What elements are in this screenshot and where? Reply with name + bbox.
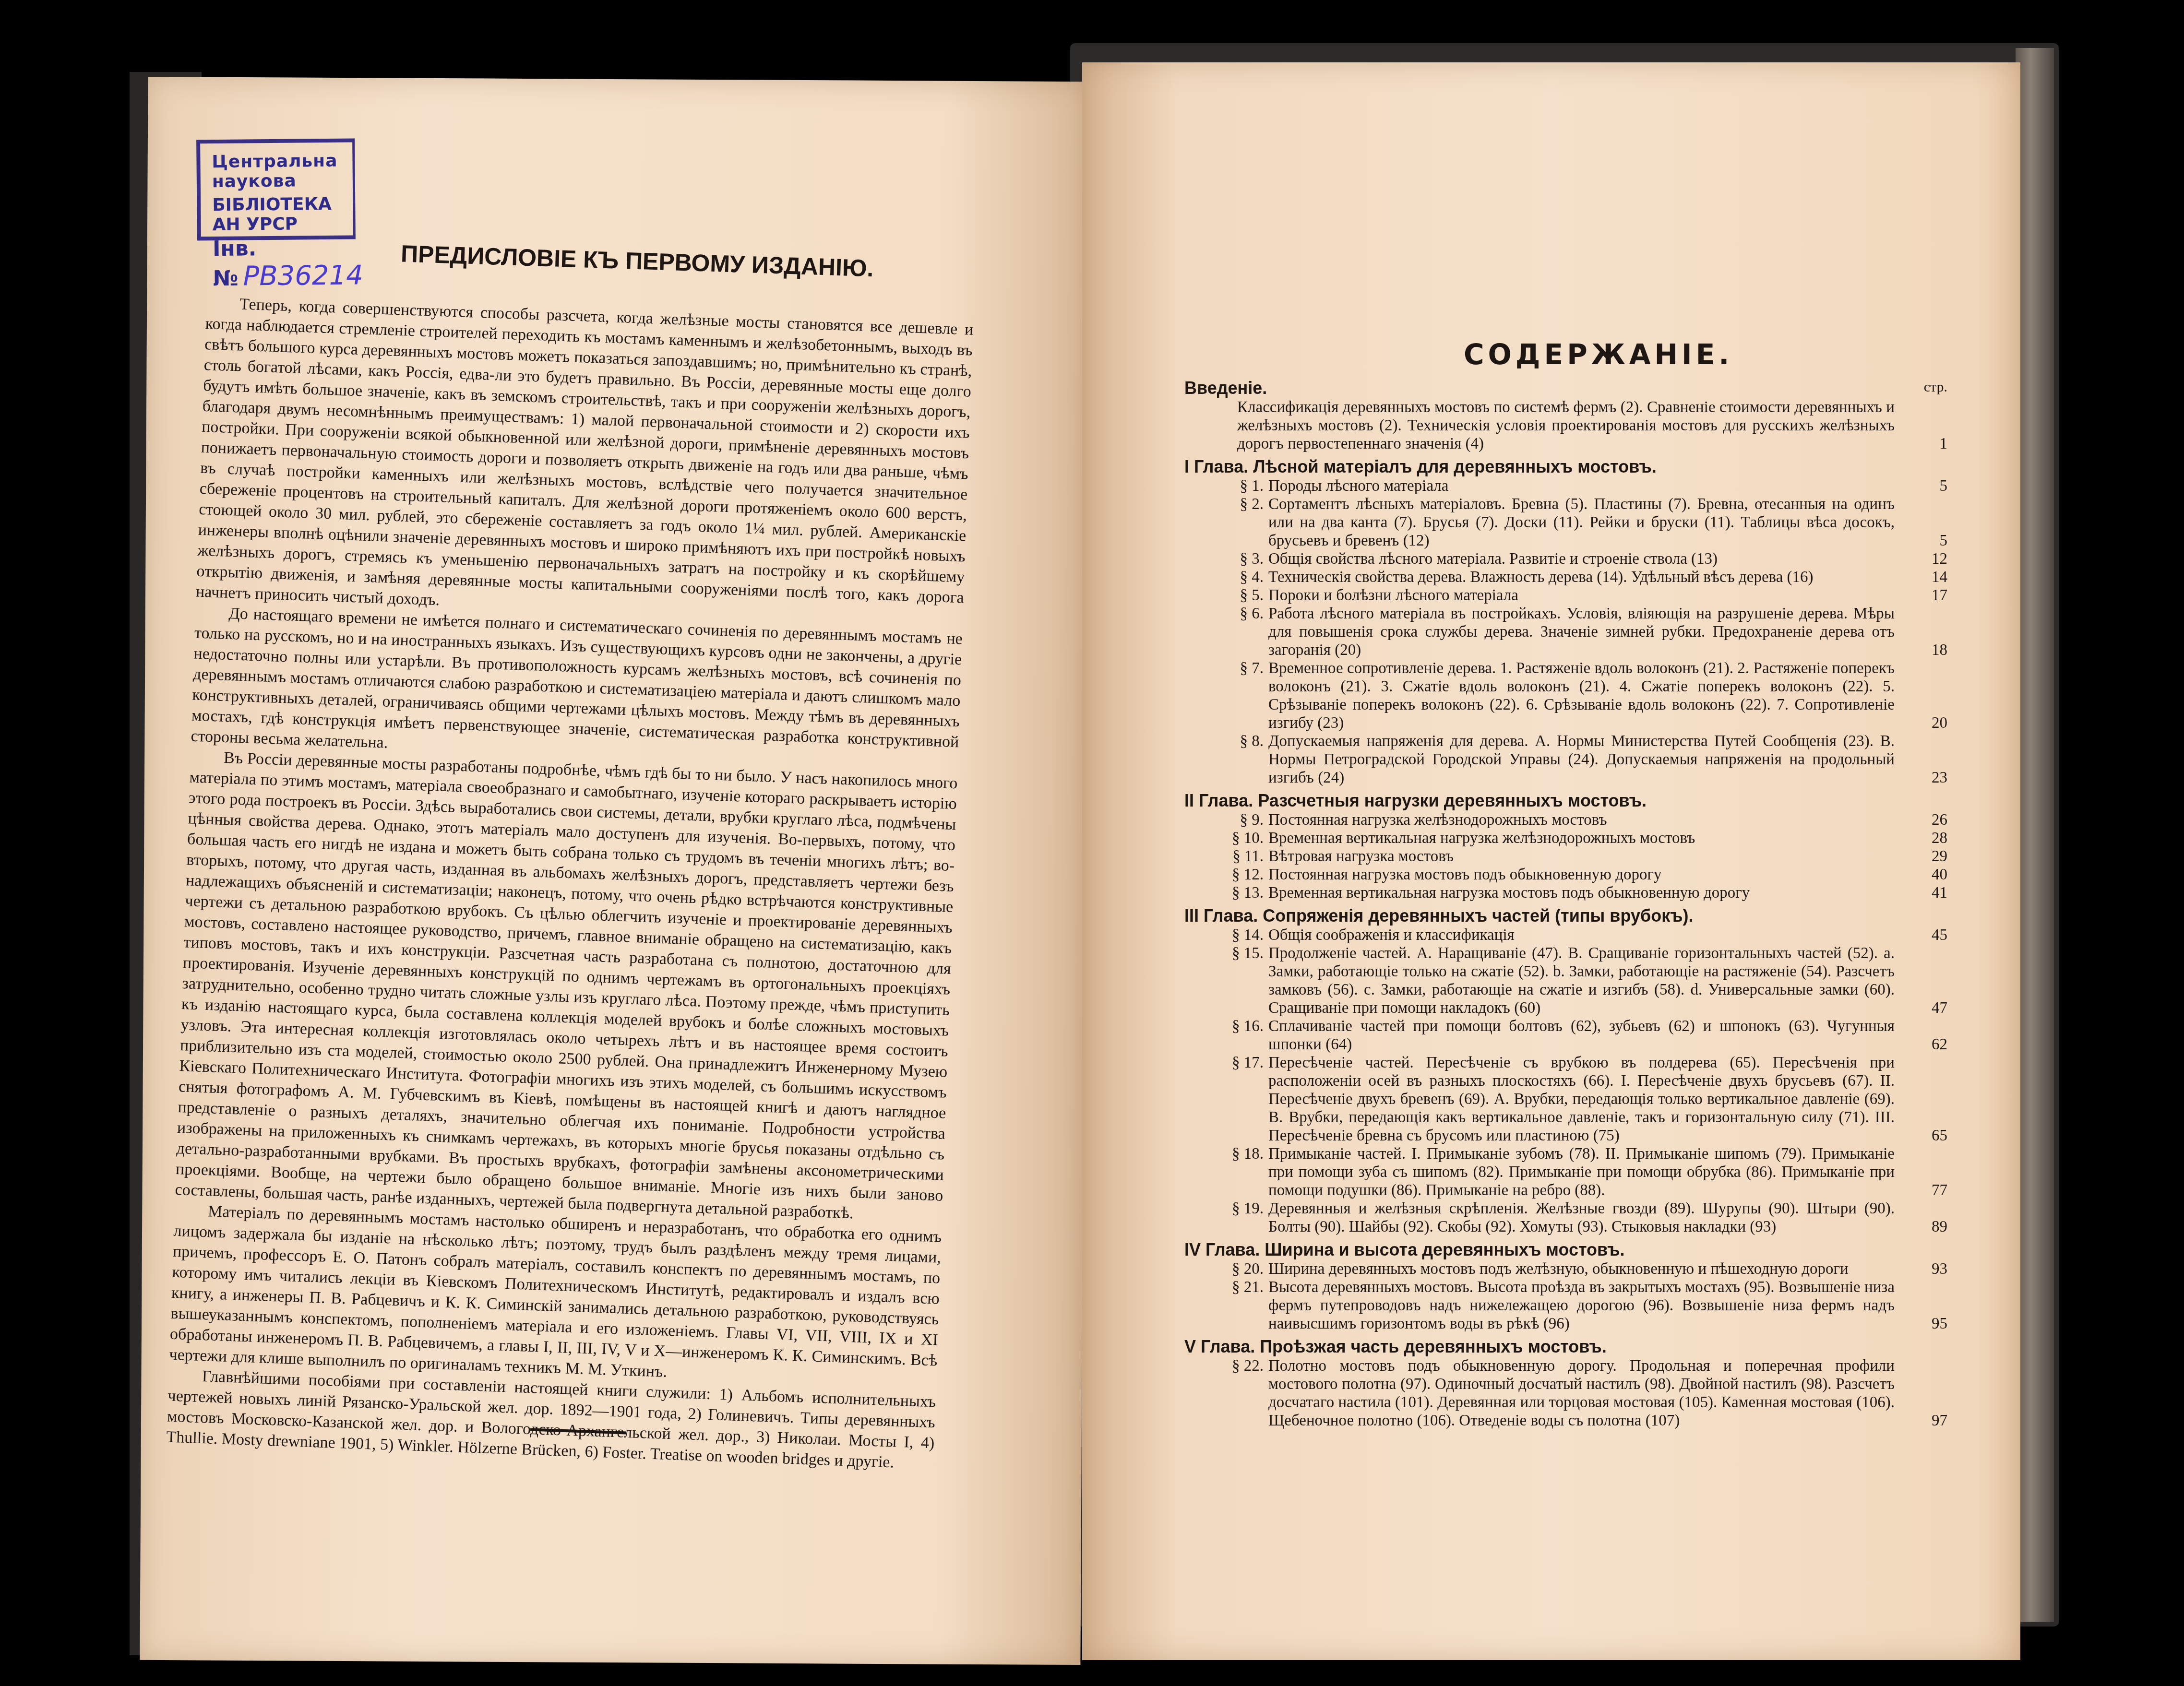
toc-entry-text: Общія соображенія и классификація [1268, 926, 1895, 944]
toc-entry-text: Временная вертикальная нагрузка желѣзнод… [1268, 829, 1895, 847]
toc-entry[interactable]: § 6.Работа лѣсного матеріала въ постройк… [1184, 605, 1947, 659]
toc-entry-text: Постоянная нагрузка мостовъ подъ обыкнов… [1268, 866, 1895, 884]
section-number: § 21. [1184, 1278, 1268, 1296]
toc-entry[interactable]: § 15.Продолженіе частей. А. Наращиваніе … [1184, 944, 1947, 1017]
toc-entry-page: 65 [1914, 1127, 1947, 1145]
section-number: § 2. [1184, 495, 1268, 513]
toc-entry[interactable]: § 5.Пороки и болѣзни лѣсного матеріала17 [1184, 586, 1947, 605]
chapter-heading[interactable]: IV Глава. Ширина и высота деревянныхъ мо… [1184, 1241, 1947, 1259]
toc-entry[interactable]: § 7.Временное сопротивленіе дерева. 1. Р… [1184, 659, 1947, 732]
toc-entry-page: 26 [1914, 811, 1947, 829]
page-column-label: стр. [1924, 378, 1947, 396]
preface-paragraph: Въ Россіи деревянные мосты разработаны п… [175, 746, 958, 1226]
toc-entry-page: 12 [1914, 550, 1947, 568]
toc-entry-page: 45 [1914, 926, 1947, 944]
toc-entry[interactable]: Классификація деревянныхъ мостовъ по сис… [1184, 398, 1947, 453]
toc-intro: стр. Введеніе. Классификація деревянныхъ… [1184, 379, 1947, 453]
section-number: § 9. [1184, 811, 1268, 829]
stamp-inventory-number: PB36214 [243, 260, 363, 292]
toc-entry-text: Вѣтровая нагрузка мостовъ [1268, 847, 1895, 866]
toc-entry-text: Высота деревянныхъ мостовъ. Высота проѣз… [1268, 1278, 1895, 1333]
toc-entry[interactable]: § 11.Вѣтровая нагрузка мостовъ29 [1184, 847, 1947, 866]
toc-entry[interactable]: § 10.Временная вертикальная нагрузка жел… [1184, 829, 1947, 847]
toc-entry-text: Общія свойства лѣсного матеріала. Развит… [1268, 550, 1895, 568]
toc-entry-page: 40 [1914, 866, 1947, 884]
toc-entry[interactable]: § 22.Полотно мостовъ подъ обыкновенную д… [1184, 1357, 1947, 1430]
toc-entry-text: Примыканіе частей. I. Примыканіе зубомъ … [1268, 1145, 1895, 1199]
toc-entry-page: 93 [1914, 1260, 1947, 1278]
toc-entry[interactable]: § 17.Пересѣченіе частей. Пересѣченіе съ … [1184, 1054, 1947, 1145]
toc-entry-page: 28 [1914, 829, 1947, 847]
stamp-line-2: БІБЛІОТЕКА АН УРСР [212, 194, 347, 235]
toc-entry[interactable]: § 21.Высота деревянныхъ мостовъ. Высота … [1184, 1278, 1947, 1333]
toc-entry-text: Продолженіе частей. А. Наращиваніе (47).… [1268, 944, 1895, 1017]
chapter-heading[interactable]: I Глава. Лѣсной матеріалъ для деревянных… [1184, 458, 1947, 476]
toc-entry[interactable]: § 13.Временная вертикальная нагрузка мос… [1184, 884, 1947, 902]
section-number: § 11. [1184, 847, 1268, 866]
toc-entry-page: 23 [1914, 769, 1947, 787]
toc-entry-page: 77 [1914, 1181, 1947, 1199]
toc-entry-text: Техническія свойства дерева. Влажность д… [1268, 568, 1895, 586]
section-number: § 10. [1184, 829, 1268, 847]
section-number: § 4. [1184, 568, 1268, 586]
toc-entry-page: 62 [1914, 1035, 1947, 1054]
chapter-heading[interactable]: II Глава. Разсчетныя нагрузки деревянных… [1184, 792, 1947, 810]
toc-entry-text: Постоянная нагрузка желѣзнодорожныхъ мос… [1268, 811, 1895, 829]
toc-entry[interactable]: § 9.Постоянная нагрузка желѣзнодорожныхъ… [1184, 811, 1947, 829]
section-number: § 20. [1184, 1260, 1268, 1278]
stamp-line-1: Центральна наукова [212, 151, 347, 191]
section-number: § 14. [1184, 926, 1268, 944]
toc-entry-page: 18 [1914, 641, 1947, 659]
section-number: § 13. [1184, 884, 1268, 902]
preface-paragraph: Теперь, когда совершенствуются способы р… [195, 293, 974, 629]
library-stamp: Центральна наукова БІБЛІОТЕКА АН УРСР Ін… [196, 139, 356, 241]
toc-entry-text: Допускаемыя напряженія для дерева. А. Но… [1268, 732, 1895, 787]
toc-entry[interactable]: § 20.Ширина деревянныхъ мостовъ подъ жел… [1184, 1260, 1947, 1278]
section-number: § 16. [1184, 1017, 1268, 1035]
toc-entry-text: Классификація деревянныхъ мостовъ по сис… [1237, 398, 1895, 453]
toc-entry-page: 97 [1914, 1412, 1947, 1430]
preface-paragraph: Матеріалъ по деревяннымъ мостамъ настоль… [169, 1200, 942, 1392]
toc-entry-page: 1 [1914, 435, 1947, 453]
toc-entry-text: Временное сопротивленіе дерева. 1. Растя… [1268, 659, 1895, 732]
section-number: § 12. [1184, 866, 1268, 884]
page-block-edge [2016, 48, 2054, 1622]
toc-entry[interactable]: § 8.Допускаемыя напряженія для дерева. А… [1184, 732, 1947, 787]
toc-title: СОДЕРЖАНІЕ. [1464, 338, 1733, 371]
toc-entry-page: 5 [1914, 477, 1947, 495]
section-number: § 7. [1184, 659, 1268, 677]
preface-paragraph: До настоящаго времени не имѣется полнаго… [191, 602, 963, 773]
section-number: § 19. [1184, 1199, 1268, 1218]
toc-entry-text: Деревянныя и желѣзныя скрѣпленія. Желѣзн… [1268, 1199, 1895, 1236]
toc-entry-page: 17 [1914, 586, 1947, 605]
toc-entry-page: 89 [1914, 1218, 1947, 1236]
toc-entry-text: Пересѣченіе частей. Пересѣченіе съ врубк… [1268, 1054, 1895, 1145]
toc-entry-text: Ширина деревянныхъ мостовъ подъ желѣзную… [1268, 1260, 1895, 1278]
chapter-heading[interactable]: III Глава. Сопряженія деревянныхъ частей… [1184, 907, 1947, 925]
toc-intro-heading: Введеніе. [1184, 379, 1947, 397]
toc-entry-page: 47 [1914, 999, 1947, 1017]
section-number: § 5. [1184, 586, 1268, 605]
chapter-heading[interactable]: V Глава. Проѣзжая часть деревянныхъ мост… [1184, 1338, 1947, 1356]
toc-entry[interactable]: § 3.Общія свойства лѣсного матеріала. Ра… [1184, 550, 1947, 568]
toc-entry-page: 14 [1914, 568, 1947, 586]
toc-entry-page: 29 [1914, 847, 1947, 866]
section-number: § 17. [1184, 1054, 1268, 1072]
toc-entry[interactable]: § 1.Породы лѣсного матеріала5 [1184, 477, 1947, 495]
section-number: § 22. [1184, 1357, 1268, 1375]
toc-entry[interactable]: § 16.Сплачиваніе частей при помощи болто… [1184, 1017, 1947, 1054]
section-number: § 18. [1184, 1145, 1268, 1163]
toc-entry[interactable]: § 19.Деревянныя и желѣзныя скрѣпленія. Ж… [1184, 1199, 1947, 1236]
toc-entry-text: Сортаментъ лѣсныхъ матеріаловъ. Бревна (… [1268, 495, 1895, 550]
stamp-line-3: Інв. №PB36214 [213, 236, 348, 292]
toc-entry-text: Породы лѣсного матеріала [1268, 477, 1895, 495]
toc-entry[interactable]: § 2.Сортаментъ лѣсныхъ матеріаловъ. Брев… [1184, 495, 1947, 550]
table-of-contents: стр. Введеніе. Классификація деревянныхъ… [1184, 369, 1947, 1430]
toc-entry[interactable]: § 14.Общія соображенія и классификація45 [1184, 926, 1947, 944]
section-number: § 15. [1184, 944, 1268, 962]
toc-entry-text: Временная вертикальная нагрузка мостовъ … [1268, 884, 1895, 902]
section-number: § 1. [1184, 477, 1268, 495]
toc-entry-text: Сплачиваніе частей при помощи болтовъ (6… [1268, 1017, 1895, 1054]
toc-entry[interactable]: § 4.Техническія свойства дерева. Влажнос… [1184, 568, 1947, 586]
section-number: § 6. [1184, 605, 1268, 623]
section-number: § 8. [1184, 732, 1268, 750]
toc-entry-text: Полотно мостовъ подъ обыкновенную дорогу… [1268, 1357, 1895, 1430]
toc-entry-page: 41 [1914, 884, 1947, 902]
preface-body: Теперь, когда совершенствуются способы р… [166, 293, 974, 1474]
toc-entry-page: 20 [1914, 714, 1947, 732]
section-number: § 3. [1184, 550, 1268, 568]
toc-entry[interactable]: § 18.Примыканіе частей. I. Примыканіе зу… [1184, 1145, 1947, 1199]
toc-entry-text: Пороки и болѣзни лѣсного матеріала [1268, 586, 1895, 605]
toc-entry-text: Работа лѣсного матеріала въ постройкахъ.… [1268, 605, 1895, 659]
toc-entry[interactable]: § 12.Постоянная нагрузка мостовъ подъ об… [1184, 866, 1947, 884]
toc-entry-page: 5 [1914, 532, 1947, 550]
toc-entry-page: 95 [1914, 1315, 1947, 1333]
